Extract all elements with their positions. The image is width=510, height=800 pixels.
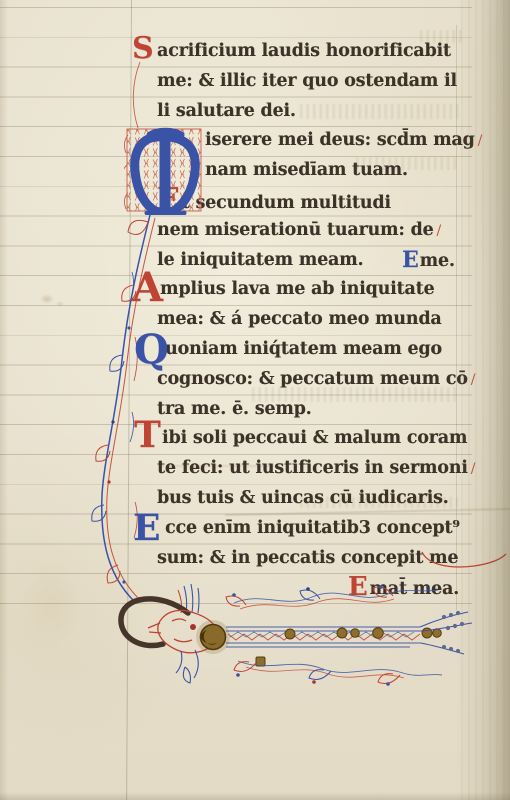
line-text: me. (420, 251, 455, 271)
line-text: cce enīm iniquitatib3 concept⁹ (165, 518, 460, 538)
line-filler-mark: / (436, 223, 441, 239)
line-text: nam misedīam tuam. (205, 160, 408, 180)
text-line: nam misedīam tuam. (205, 156, 408, 186)
line-text: te feci: ut iustificeris in sermoni (157, 458, 468, 478)
line-text: ibi soli peccaui & malum coram (162, 428, 467, 448)
text-line: Quoniam iniq́tatem meam ego (165, 335, 442, 365)
stain (20, 560, 80, 650)
illuminated-initial: A (132, 268, 163, 308)
manuscript-page: M Sacrificium laudis honorificabitme: & … (0, 0, 510, 800)
line-text: t secundum multitudi (182, 193, 391, 213)
text-line: nem miserationū tuarum: de/ (157, 216, 441, 246)
bas-de-page-dragon (88, 583, 480, 688)
illuminated-initial: E (133, 510, 160, 546)
text-line: le iniquitatem meam.Eme. (157, 246, 363, 276)
line-filler-mark: / (478, 133, 483, 149)
text-line: bus tuis & uincas cū iudicaris. (157, 484, 449, 514)
page-edge-left (0, 0, 8, 800)
stain (40, 294, 54, 304)
page-edge-bottom (0, 792, 510, 800)
line-text: uoniam iniq́tatem meam ego (165, 339, 442, 359)
initial-m-artwork (124, 125, 204, 215)
text-line: Amplius lava me ab iniquitate (160, 275, 434, 305)
line-text: mplius lava me ab iniquitate (160, 279, 434, 299)
text-block: Sacrificium laudis honorificabitme: & il… (157, 37, 463, 603)
line-text: acrificium laudis honorificabit (157, 41, 451, 61)
illuminated-initial-m-panel: M (124, 125, 204, 215)
illuminated-initial: E (402, 247, 419, 273)
text-line: Ecce enīm iniquitatib3 concept⁹ (165, 514, 460, 544)
stain (56, 301, 64, 307)
rubric-swash (420, 549, 508, 571)
text-line: te feci: ut iustificeris in sermoni/ (157, 454, 475, 484)
line-text: me: & illic iter quo ostendam il (157, 71, 457, 91)
line-text: cognosco: & peccatum meum cō (157, 369, 468, 389)
text-line: Sacrificium laudis honorificabit (157, 37, 451, 67)
line-text: tra me. ē. semp. (157, 399, 312, 419)
line-text: sum: & in peccatis concepit me (157, 548, 458, 568)
line-tail-overflow: Eme. (402, 246, 455, 276)
gold-roundel (201, 625, 226, 650)
text-line: tra me. ē. semp. (157, 395, 312, 425)
line-text: iserere mei deus: scd̄m mag (205, 130, 475, 150)
text-line: me: & illic iter quo ostendam il (157, 67, 457, 97)
text-line: li salutare dei. (157, 97, 296, 127)
line-filler-mark: / (471, 372, 476, 388)
line-filler-mark: / (471, 461, 476, 477)
line-text: nem miserationū tuarum: de (157, 220, 433, 240)
illuminated-initial: Q (134, 330, 169, 370)
text-line: sum: & in peccatis concepit me (157, 544, 458, 574)
text-line: Tibi soli peccaui & malum coram (162, 424, 467, 454)
text-line: cognosco: & peccatum meum cō/ (157, 365, 475, 395)
text-line: mea: & á peccato meo munda (157, 305, 442, 335)
line-text: mea: & á peccato meo munda (157, 309, 442, 329)
illuminated-initial: S (132, 34, 153, 64)
line-text: bus tuis & uincas cū iudicaris. (157, 488, 449, 508)
line-text: le iniquitatem meam. (157, 250, 363, 270)
line-text: li salutare dei. (157, 101, 296, 121)
illuminated-initial: T (134, 417, 161, 453)
text-line: iserere mei deus: scd̄m mag/ (205, 126, 482, 156)
